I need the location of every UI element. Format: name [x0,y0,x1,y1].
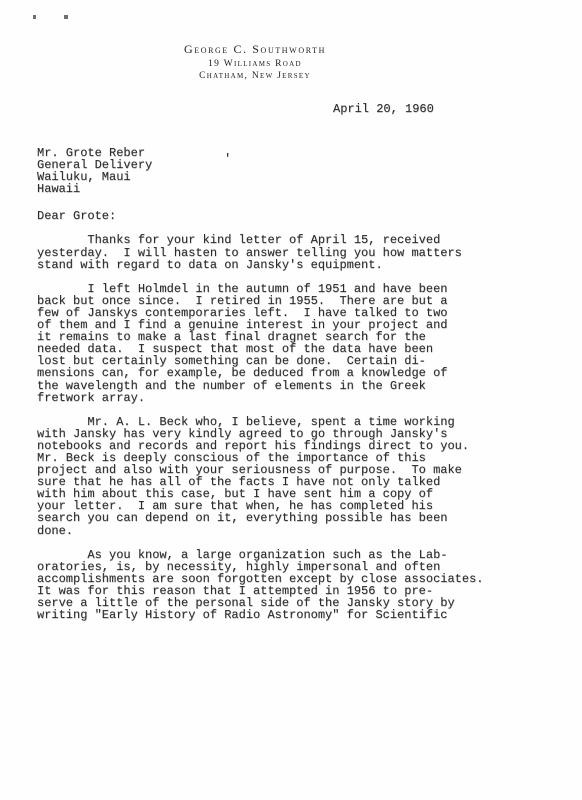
scan-speck [64,15,68,19]
date-line: April 20, 1960 [333,103,434,115]
salutation: Dear Grote: [37,210,557,222]
letterhead-city: Chatham, New Jersey [0,71,546,81]
paragraph-3: Mr. A. L. Beck who, I believe, spent a t… [37,416,557,537]
recipient-city: Wailuku, Maui [37,171,557,183]
letter-page: ' George C. Southworth 19 Williams Road … [0,0,582,800]
letterhead-street: 19 Williams Road [0,59,546,69]
letterhead-name: George C. Southworth [0,42,546,57]
recipient-state: Hawaii [37,183,557,195]
scan-speck [33,15,36,19]
recipient-address: Mr. Grote Reber General Delivery Wailuku… [37,147,557,195]
paragraph-4: As you know, a large organization such a… [37,549,557,622]
paragraph-2: I left Holmdel in the autumn of 1951 and… [37,283,557,404]
letter-content: Mr. Grote Reber General Delivery Wailuku… [37,147,557,621]
letterhead: George C. Southworth 19 Williams Road Ch… [0,42,546,81]
paragraph-1: Thanks for your kind letter of April 15,… [37,234,557,270]
